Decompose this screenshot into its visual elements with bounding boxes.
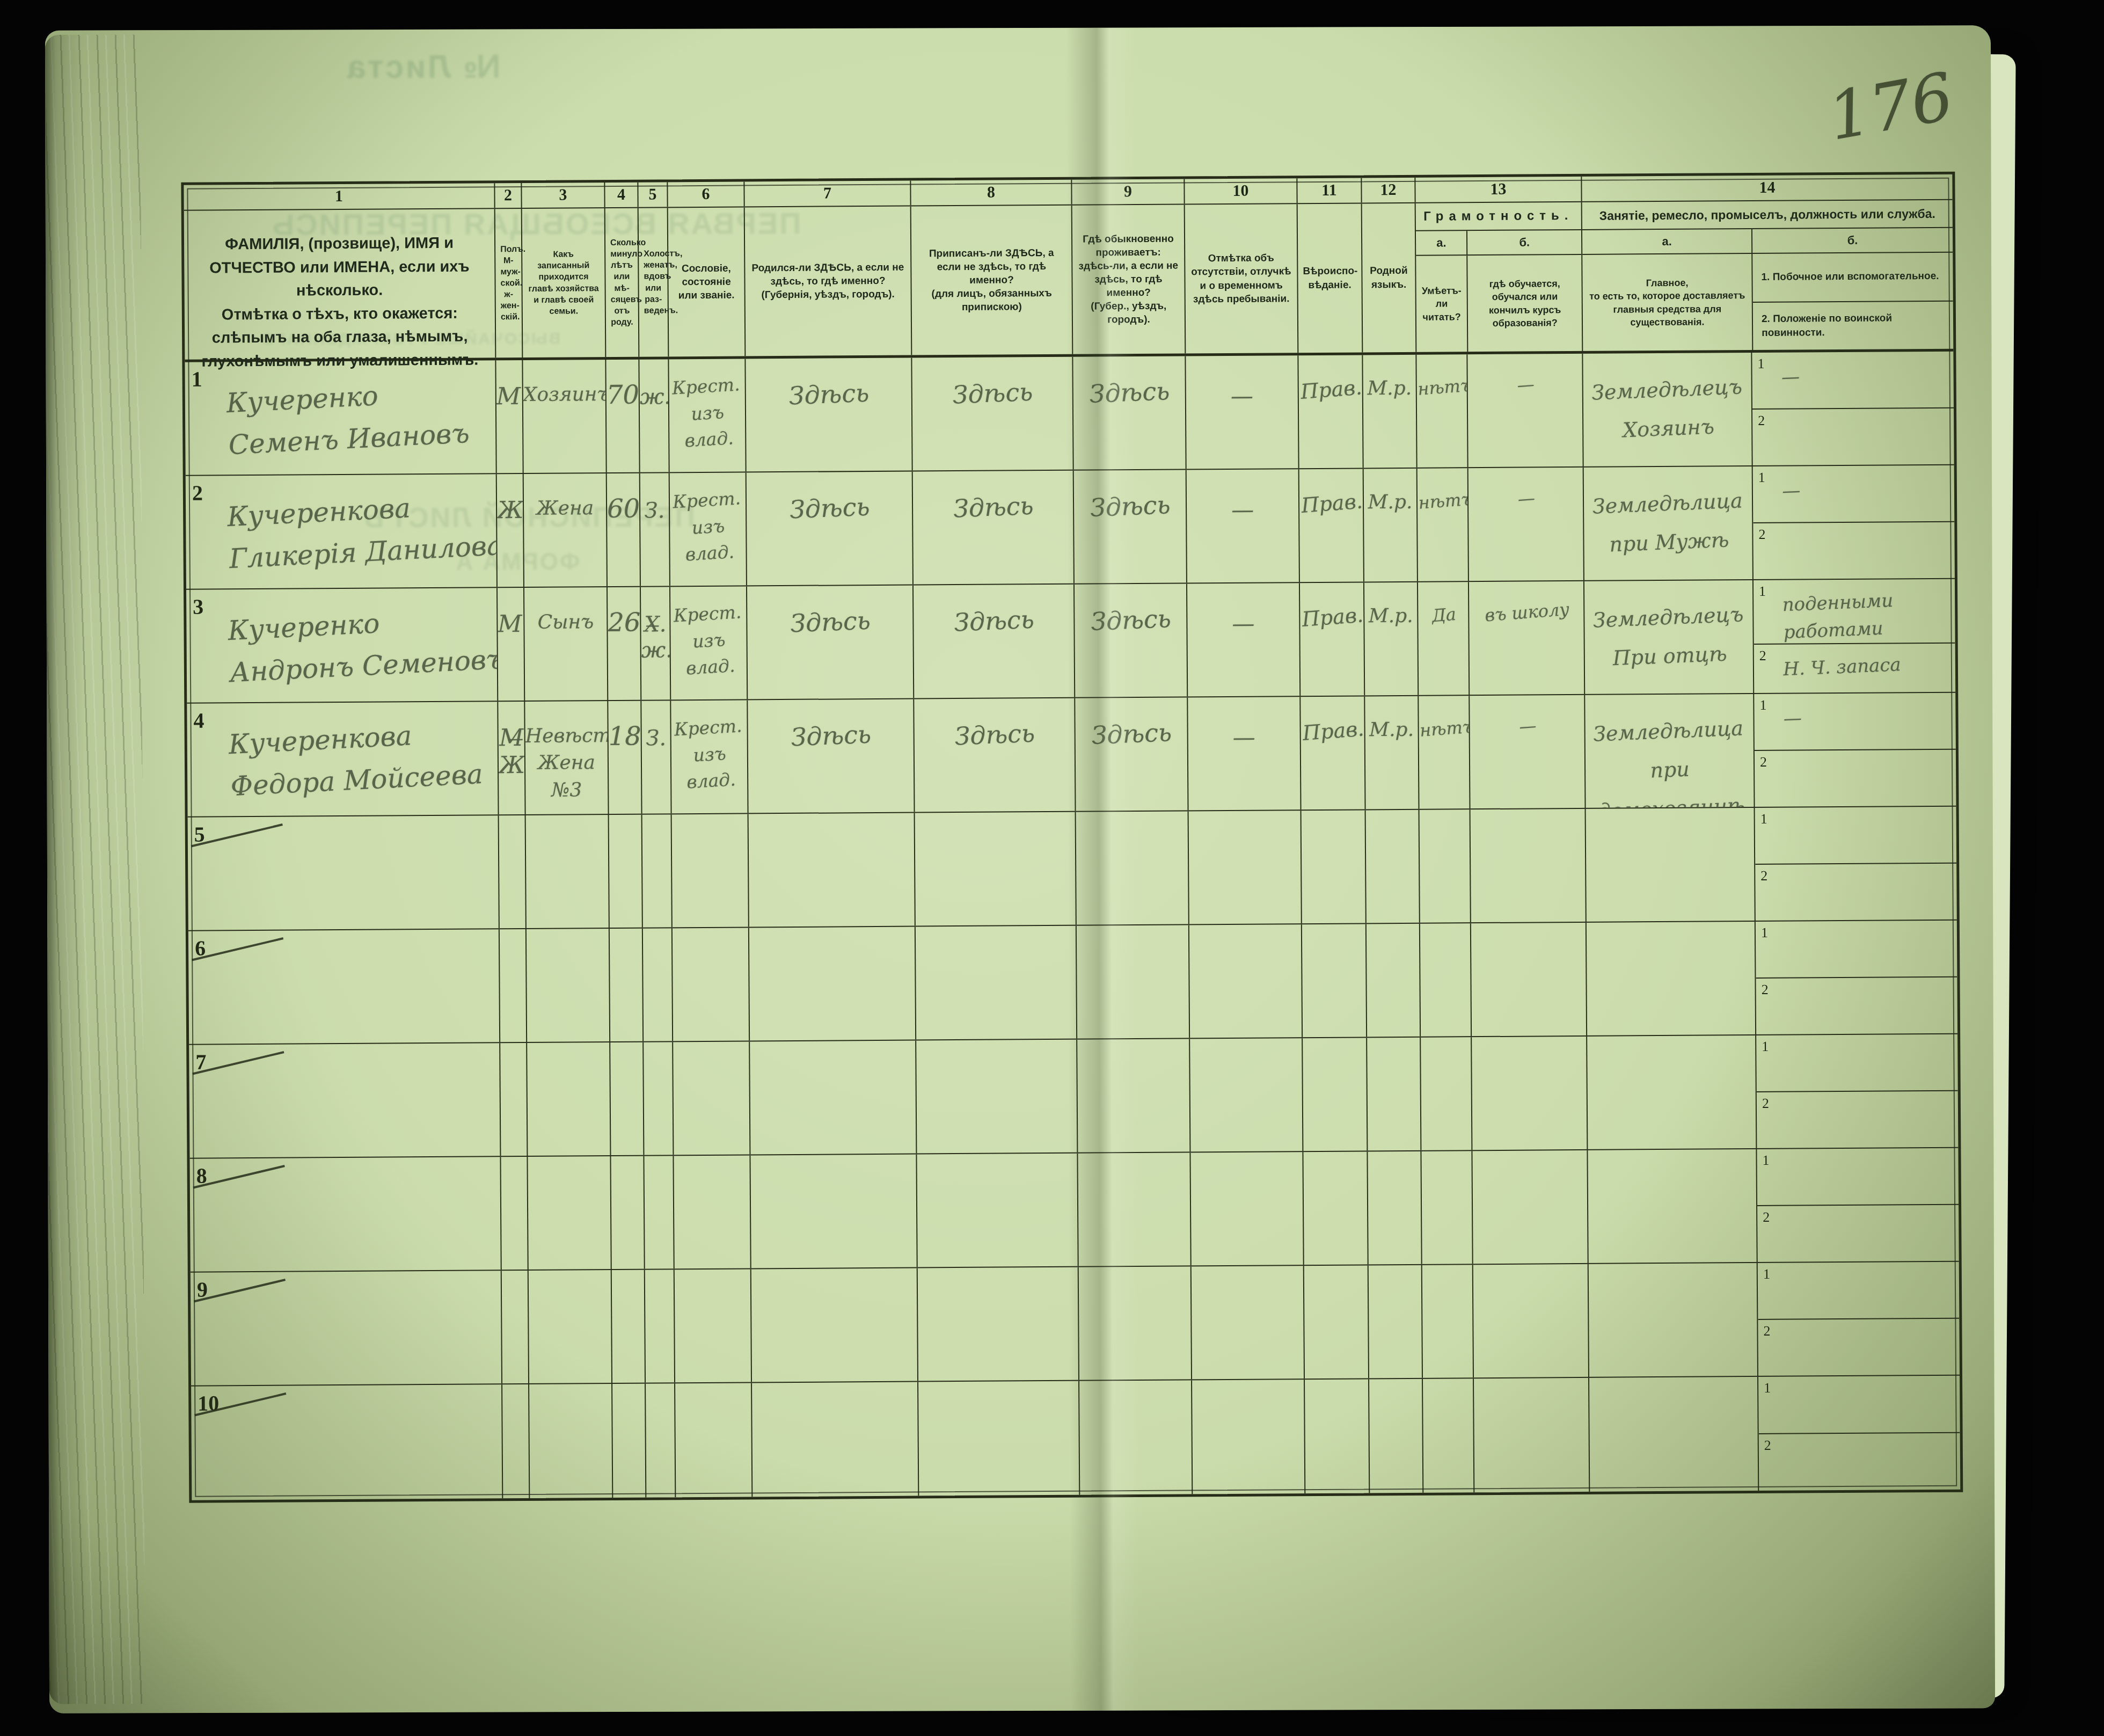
handwritten-entry: Крест. изъ влад. [670, 472, 747, 568]
table-row: 1012 [191, 1376, 1960, 1500]
handwritten-entry [1303, 1038, 1367, 1063]
cell-resides [1077, 1039, 1190, 1152]
header-reads: Умѣетъ- ли читать? [1416, 256, 1467, 352]
handwritten-entry [749, 813, 915, 838]
handwritten-entry [1587, 922, 1755, 943]
handwritten-entry [1190, 1038, 1302, 1066]
cell-school [1471, 923, 1587, 1036]
handwritten-entry [1758, 1262, 1960, 1276]
handwritten-entry [1423, 1378, 1474, 1403]
handwritten-entry [1367, 1038, 1420, 1061]
handwritten-entry [609, 815, 641, 835]
header-name: ФАМИЛІЯ, (прозвище), ИМЯ и ОТЧЕСТВО или … [184, 209, 496, 360]
handwritten-entry: З. [641, 701, 670, 751]
cell-marital [646, 1383, 676, 1497]
handwritten-entry [1192, 1380, 1304, 1407]
header-occupation-main: Главное, то есть то, которое доставляетъ… [1582, 254, 1752, 351]
header-school: гдѣ обучается, обучался или кончилъ курс… [1467, 255, 1582, 352]
cell-resides: Здѣсь [1075, 697, 1188, 811]
cell-name: 6 [188, 929, 500, 1044]
cell-registered: Здѣсь [914, 585, 1075, 698]
handwritten-entry [1367, 924, 1419, 947]
cell-name: 10 [191, 1384, 503, 1500]
cell-reads [1421, 1151, 1473, 1264]
handwritten-entry: Кучеренкова Гликерія Данилова [186, 474, 498, 582]
handwritten-entry [191, 1384, 503, 1409]
cell-registered: Здѣсь [913, 471, 1075, 585]
handwritten-entry: Крест. изъ влад. [669, 359, 746, 455]
cell-language [1369, 1379, 1423, 1493]
handwritten-entry [673, 928, 749, 944]
cell-reads [1420, 923, 1472, 1037]
header-occupation-side-2: 2. Положеніе по воинской повинности. [1753, 300, 1954, 350]
handwritten-entry: З. [640, 473, 669, 523]
handwritten-entry: — [1188, 697, 1300, 750]
table-body: 1Кучеренко Семенъ ИвановъМ.Хозяинъ70ж.Кр… [185, 352, 1960, 1500]
col-number-1: 1 [184, 183, 495, 210]
handwritten-entry: Да [1418, 582, 1470, 627]
handwritten-entry [1587, 1035, 1756, 1056]
handwritten-entry [610, 929, 642, 949]
cell-absence [1189, 924, 1303, 1038]
side-sub-cell: 2 [1758, 1319, 1960, 1376]
cell-religion: Прав. [1300, 582, 1365, 696]
cell-age [610, 929, 644, 1041]
header-sex: Полъ. М-муж- ской. ж-жен- скій. [495, 209, 523, 358]
cell-reads [1423, 1378, 1474, 1493]
cell-name: 9 [191, 1271, 502, 1385]
cell-born [749, 927, 916, 1041]
cell-occupation: Земледѣлецъ Хозяинъ [1583, 353, 1752, 466]
handwritten-entry: М. [496, 360, 522, 410]
cell-side-occupation: 12 [1756, 921, 1957, 1034]
side-sub-cell: 2 [1753, 522, 1955, 579]
cell-language [1368, 1151, 1422, 1265]
cell-registered [918, 1267, 1079, 1381]
side-sub-cell: 2 [1757, 1205, 1959, 1262]
header-row: ФАМИЛІЯ, (прозвище), ИМЯ и ОТЧЕСТВО или … [184, 200, 1954, 362]
cell-occupation: Земледѣлица при домохозяинѣ [1585, 694, 1755, 808]
cell-relation [526, 815, 610, 928]
header-language: Родной языкъ. [1362, 203, 1417, 353]
cell-sex [500, 929, 527, 1042]
cell-sex [502, 1384, 530, 1498]
census-table: 1 2 3 4 5 6 7 8 9 10 11 12 13 14 ФАМИЛІЯ… [181, 172, 1963, 1503]
handwritten-entry [1422, 1265, 1473, 1289]
handwritten-entry: Здѣсь [1075, 583, 1187, 637]
handwritten-entry: Х̶. ж. [641, 587, 670, 663]
handwritten-entry: Кучеренко Семенъ Ивановъ [185, 360, 496, 468]
handwritten-entry [1472, 1150, 1587, 1176]
cell-occupation [1587, 1035, 1757, 1149]
handwritten-entry: Здѣсь [1073, 356, 1186, 409]
handwritten-entry [1189, 924, 1301, 952]
cell-age: 60 [607, 473, 641, 586]
handwritten-entry [1471, 809, 1586, 834]
handwritten-entry: поденными работами [1754, 579, 1955, 648]
cell-reads: нѣтъ [1419, 696, 1470, 809]
handwritten-entry: Кучеренкова Федора Мойсеева [187, 702, 499, 809]
handwritten-entry [675, 1383, 751, 1399]
cell-age: 70 [606, 360, 640, 472]
handwritten-entry [1078, 1153, 1190, 1177]
handwritten-entry [612, 1384, 645, 1404]
side-sub-cell: 1 [1757, 1148, 1959, 1206]
header-estate: Сословіе, состояніе или званіе. [668, 207, 746, 356]
cell-marital [642, 814, 673, 927]
side-sub-cell: 2 [1759, 1433, 1961, 1491]
side-sub-cell: 1— [1752, 352, 1954, 410]
cell-occupation [1589, 1377, 1759, 1492]
cell-occupation [1588, 1149, 1757, 1263]
cell-absence: — [1187, 583, 1301, 696]
cell-estate [675, 1383, 753, 1497]
cell-side-occupation: 12 [1755, 807, 1957, 921]
cell-born [752, 1382, 919, 1497]
occupation-b-label: б. [1751, 228, 1953, 253]
handwritten-entry: М.р. [1364, 582, 1418, 628]
handwritten-entry [1757, 1148, 1959, 1162]
cell-religion: Прав. [1299, 469, 1364, 582]
cell-born [750, 1041, 917, 1155]
handwritten-entry [674, 1155, 750, 1172]
cell-marital [644, 1042, 674, 1155]
literacy-group-title: Грамотность. [1416, 202, 1581, 231]
handwritten-entry [1474, 1378, 1589, 1403]
side-sub-cell: 2 [1755, 864, 1957, 921]
handwritten-entry: Крест. изъ влад. [671, 700, 748, 796]
side-sub-cell: 2 [1752, 409, 1954, 465]
page-edge-stack [45, 34, 145, 1704]
cell-marital [645, 1270, 675, 1382]
cell-registered [917, 1154, 1078, 1267]
header-resides: Гдѣ обыкновенно проживаетъ: здѣсь-ли, а … [1072, 205, 1186, 354]
handwritten-entry: 26 [608, 587, 640, 638]
handwritten-entry [526, 815, 608, 837]
header-registered: Приписанъ-ли ЗДѢСЬ, а если не здѣсь, то … [911, 206, 1073, 355]
cell-language [1367, 1038, 1421, 1151]
cell-language: М.р. [1363, 355, 1417, 468]
header-religion: Вѣроиспо- вѣданіе. [1298, 203, 1363, 353]
handwritten-entry: Здѣсь [914, 698, 1075, 753]
cell-age [611, 1156, 645, 1269]
handwritten-entry [1756, 1034, 1958, 1048]
cell-school: — [1470, 695, 1586, 808]
handwritten-entry: Здѣсь [747, 586, 914, 640]
cell-sex: М. [498, 588, 525, 701]
cell-religion: Прав. [1301, 696, 1365, 809]
bleedthrough-layer: № ЛистаПЕРВАЯ ВСЕОБЩАЯ ПЕРЕПИСЬВЫСОЧАЙШЕ… [45, 25, 1991, 30]
handwritten-entry: Н. Ч. запаса [1754, 639, 1955, 685]
cell-resides [1077, 925, 1190, 1038]
handwritten-entry [750, 1155, 916, 1180]
handwritten-entry [643, 928, 671, 953]
header-absence: Отмѣтка объ отсутствіи, отлучкѣ и о врем… [1185, 204, 1299, 353]
cell-side-occupation: 1—2 [1754, 693, 1956, 807]
handwritten-entry [1756, 921, 1957, 935]
cell-born [750, 1155, 917, 1268]
cell-age [612, 1384, 646, 1498]
handwritten-entry: Земледѣлица при домохозяинѣ [1585, 694, 1755, 808]
cell-language [1367, 924, 1421, 1037]
handwritten-entry: — [1187, 583, 1299, 637]
handwritten-entry [1079, 1266, 1191, 1290]
side-sub-cell: 1поденными работами [1754, 579, 1955, 645]
cell-relation [527, 929, 610, 1042]
cell-religion: Прав. [1298, 355, 1363, 468]
handwritten-entry [751, 1268, 917, 1294]
handwritten-entry [1421, 1037, 1472, 1062]
handwritten-entry [499, 815, 525, 838]
side-sub-cell: 2 [1755, 750, 1956, 807]
handwritten-entry [1588, 1149, 1756, 1170]
handwritten-entry [188, 929, 500, 954]
handwritten-entry [1758, 1376, 1960, 1390]
cell-school [1473, 1264, 1589, 1377]
cell-language: М.р. [1365, 696, 1419, 809]
cell-name: 3Кучеренко Андронъ Семеновъ [186, 588, 498, 703]
handwritten-entry [752, 1382, 918, 1407]
cell-registered [915, 812, 1077, 926]
handwritten-entry [645, 1270, 674, 1294]
cell-relation [527, 1042, 611, 1156]
handwritten-entry [675, 1269, 751, 1286]
header-born: Родился-ли ЗДѢСЬ, а если не здѣсь, то гд… [745, 207, 912, 356]
handwritten-entry: М.р. [1365, 696, 1418, 741]
handwritten-entry: — [1186, 355, 1298, 409]
cell-resides: Здѣсь [1074, 470, 1187, 583]
handwritten-entry [500, 1043, 526, 1066]
cell-resides [1079, 1380, 1193, 1494]
handwritten-entry [750, 1041, 916, 1066]
literacy-a-label: а. [1416, 231, 1467, 255]
cell-school: въ школу [1469, 581, 1585, 695]
header-literacy-group: Грамотность. а. б. Умѣетъ- ли читать? гд… [1416, 202, 1583, 352]
cell-reads [1421, 1037, 1472, 1150]
handwritten-entry [1192, 1266, 1303, 1293]
side-sub-cell: 1 [1758, 1262, 1960, 1320]
handwritten-entry: Земледѣлецъ Хозяинъ [1583, 353, 1752, 451]
handwritten-entry: М.р. [1363, 355, 1416, 400]
table-row: 1Кучеренко Семенъ ИвановъМ.Хозяинъ70ж.Кр… [185, 352, 1954, 476]
handwritten-entry [1586, 808, 1755, 829]
handwritten-entry [1369, 1265, 1421, 1288]
cell-occupation: Земледѣлица при Мужѣ [1584, 466, 1754, 580]
handwritten-entry: 70 [606, 360, 639, 410]
handwritten-entry [528, 1156, 610, 1178]
cell-registered [916, 926, 1077, 1040]
handwritten-entry [1366, 810, 1419, 833]
cell-relation: Невѣстка Жена №3 [525, 701, 609, 814]
handwritten-entry: — [1753, 465, 1955, 507]
cell-registered: Здѣсь [912, 357, 1073, 471]
header-occupation-side-1: 1. Побочное или вспомогательное. [1752, 253, 1953, 302]
handwritten-entry: Здѣсь [1074, 470, 1187, 523]
handwritten-entry: въ школу [1469, 581, 1585, 627]
side-sub-cell: 2Н. Ч. запаса [1754, 644, 1956, 693]
handwritten-entry [501, 1157, 527, 1179]
cell-name: 4Кучеренкова Федора Мойсеева [187, 702, 499, 816]
handwritten-entry [672, 814, 748, 830]
col-number-13: 13 [1415, 177, 1582, 202]
cell-absence: — [1186, 355, 1299, 469]
cell-estate [673, 1041, 750, 1155]
cell-religion [1302, 810, 1367, 923]
cell-side-occupation: 12 [1758, 1376, 1960, 1491]
cell-school [1471, 809, 1587, 922]
cell-resides: Здѣсь [1075, 583, 1188, 697]
cell-marital [643, 928, 673, 1041]
handwritten-entry [188, 815, 500, 840]
col-number-11: 11 [1297, 178, 1362, 203]
handwritten-entry: Прав. [1300, 582, 1365, 631]
cell-absence [1190, 1038, 1303, 1151]
handwritten-entry [1589, 1377, 1758, 1398]
handwritten-entry: Земледѣлецъ При отцѣ [1584, 580, 1754, 679]
cell-language [1366, 810, 1420, 923]
cell-side-occupation: 1—2 [1753, 465, 1955, 579]
handwritten-entry: Ж. [497, 474, 523, 524]
header-age: Сколько минуло лѣтъ или мѣ- сяцевъ отъ р… [605, 208, 640, 357]
handwritten-entry: ж. [639, 359, 668, 410]
cell-school: — [1467, 354, 1583, 467]
cell-occupation [1586, 808, 1756, 922]
handwritten-entry [1190, 1152, 1302, 1179]
handwritten-entry: Здѣсь [914, 585, 1075, 639]
cell-estate: Крест. изъ влад. [670, 586, 748, 699]
handwritten-entry: Крест. изъ влад. [670, 586, 748, 682]
cell-estate: Крест. изъ влад. [670, 472, 747, 586]
handwritten-entry [1472, 1037, 1587, 1062]
cell-sex [502, 1271, 529, 1383]
handwritten-entry: Здѣсь [913, 471, 1074, 525]
handwritten-entry: М̶ Ж. [498, 702, 524, 779]
page-number: 176 [1823, 58, 1959, 155]
cell-occupation: Земледѣлецъ При отцѣ [1584, 580, 1754, 694]
side-sub-cell: 1 [1756, 1034, 1958, 1092]
cell-estate [673, 928, 750, 1041]
cell-absence: — [1188, 697, 1301, 810]
cell-sex [501, 1157, 528, 1270]
cell-school [1472, 1037, 1588, 1150]
handwritten-entry: нѣтъ [1418, 468, 1469, 513]
handwritten-entry: Здѣсь [748, 699, 914, 754]
handwritten-entry [527, 1042, 609, 1064]
handwritten-entry: Здѣсь [747, 472, 913, 526]
cell-absence [1190, 1152, 1304, 1265]
cell-resides: Здѣсь [1073, 356, 1186, 469]
handwritten-entry [1077, 925, 1189, 949]
cell-school: — [1469, 468, 1584, 581]
cell-name: 7 [189, 1043, 501, 1158]
cell-reads: нѣтъ [1416, 354, 1468, 468]
literacy-b-label: б. [1466, 230, 1581, 254]
handwritten-entry [644, 1042, 672, 1067]
cell-estate [675, 1269, 752, 1382]
cell-estate [672, 814, 749, 927]
handwritten-entry: Сынъ [524, 587, 607, 636]
handwritten-entry [1589, 1263, 1757, 1284]
handwritten-entry [1077, 1039, 1189, 1063]
col-number-10: 10 [1185, 178, 1297, 203]
handwritten-entry [1420, 809, 1471, 834]
side-sub-cell: 2 [1757, 1091, 1959, 1148]
handwritten-entry [1420, 923, 1471, 948]
cell-born: Здѣсь [748, 699, 915, 813]
cell-occupation [1589, 1263, 1758, 1377]
cell-side-occupation: 1—2 [1752, 352, 1954, 465]
cell-age [609, 815, 643, 928]
handwritten-entry: 60 [607, 473, 640, 524]
cell-estate: Крест. изъ влад. [669, 359, 746, 472]
handwritten-entry [1471, 923, 1586, 948]
handwritten-entry: — [1467, 354, 1583, 399]
table-row: 3Кучеренко Андронъ СеменовъМ.Сынъ26Х̶. ж… [186, 579, 1955, 704]
col-number-3: 3 [522, 183, 605, 208]
handwritten-entry [1189, 811, 1301, 838]
handwritten-entry [1303, 1151, 1368, 1177]
header-marital: Холостъ, женатъ, вдовъ или раз- веденъ. [639, 208, 669, 356]
table-row: 612 [188, 921, 1957, 1045]
handwritten-entry [1079, 1380, 1192, 1404]
cell-born: Здѣсь [747, 472, 914, 586]
handwritten-entry [642, 814, 671, 839]
handwritten-entry [644, 1156, 673, 1180]
cell-language [1369, 1265, 1423, 1378]
table-row: 4Кучеренкова Федора МойсееваМ̶ Ж.Невѣстк… [187, 693, 1956, 818]
cell-religion [1305, 1379, 1370, 1493]
side-sub-cell: 1 [1756, 921, 1957, 979]
handwritten-entry [1368, 1151, 1420, 1175]
handwritten-entry [1305, 1379, 1369, 1404]
cell-relation [529, 1384, 613, 1498]
handwritten-entry [529, 1270, 611, 1292]
bleedthrough-text: № Листа [346, 48, 500, 86]
cell-born: Здѣсь [746, 358, 912, 472]
handwritten-entry [1369, 1379, 1422, 1402]
handwritten-entry: Здѣсь [746, 358, 912, 412]
handwritten-entry [917, 1154, 1077, 1179]
cell-side-occupation: 1поденными работами2Н. Ч. запаса [1754, 579, 1955, 693]
cell-religion [1304, 1265, 1369, 1378]
cell-sex: М. [496, 360, 523, 473]
handwritten-entry [529, 1384, 611, 1406]
handwritten-entry: М.р. [1364, 469, 1417, 514]
occupation-group-title: Занятіе, ремесло, промыселъ, должность и… [1582, 200, 1953, 230]
cell-absence [1192, 1266, 1305, 1379]
table-row: 512 [188, 807, 1957, 931]
cell-registered [916, 1040, 1078, 1154]
col-number-7: 7 [744, 181, 911, 207]
cell-side-occupation: 12 [1757, 1148, 1959, 1262]
handwritten-entry [1473, 1264, 1588, 1289]
cell-school [1474, 1378, 1590, 1492]
handwritten-entry [673, 1041, 749, 1058]
col-number-5: 5 [638, 182, 668, 207]
col-number-12: 12 [1362, 178, 1415, 203]
handwritten-entry: М. [498, 588, 524, 638]
handwritten-entry: Невѣстка Жена №3 [525, 701, 608, 804]
cell-age: 26 [608, 587, 641, 700]
handwritten-entry [918, 1381, 1079, 1406]
handwritten-entry: Жена [524, 473, 607, 522]
cell-born [751, 1268, 918, 1382]
cell-age: 18 [608, 701, 642, 814]
table-row: 2Кучеренкова Гликерія ДаниловаЖ.Жена60З.… [186, 465, 1955, 590]
photo-background: № ЛистаПЕРВАЯ ВСЕОБЩАЯ ПЕРЕПИСЬВЫСОЧАЙШЕ… [0, 0, 2104, 1736]
handwritten-entry [191, 1271, 502, 1295]
cell-absence: — [1187, 469, 1300, 582]
